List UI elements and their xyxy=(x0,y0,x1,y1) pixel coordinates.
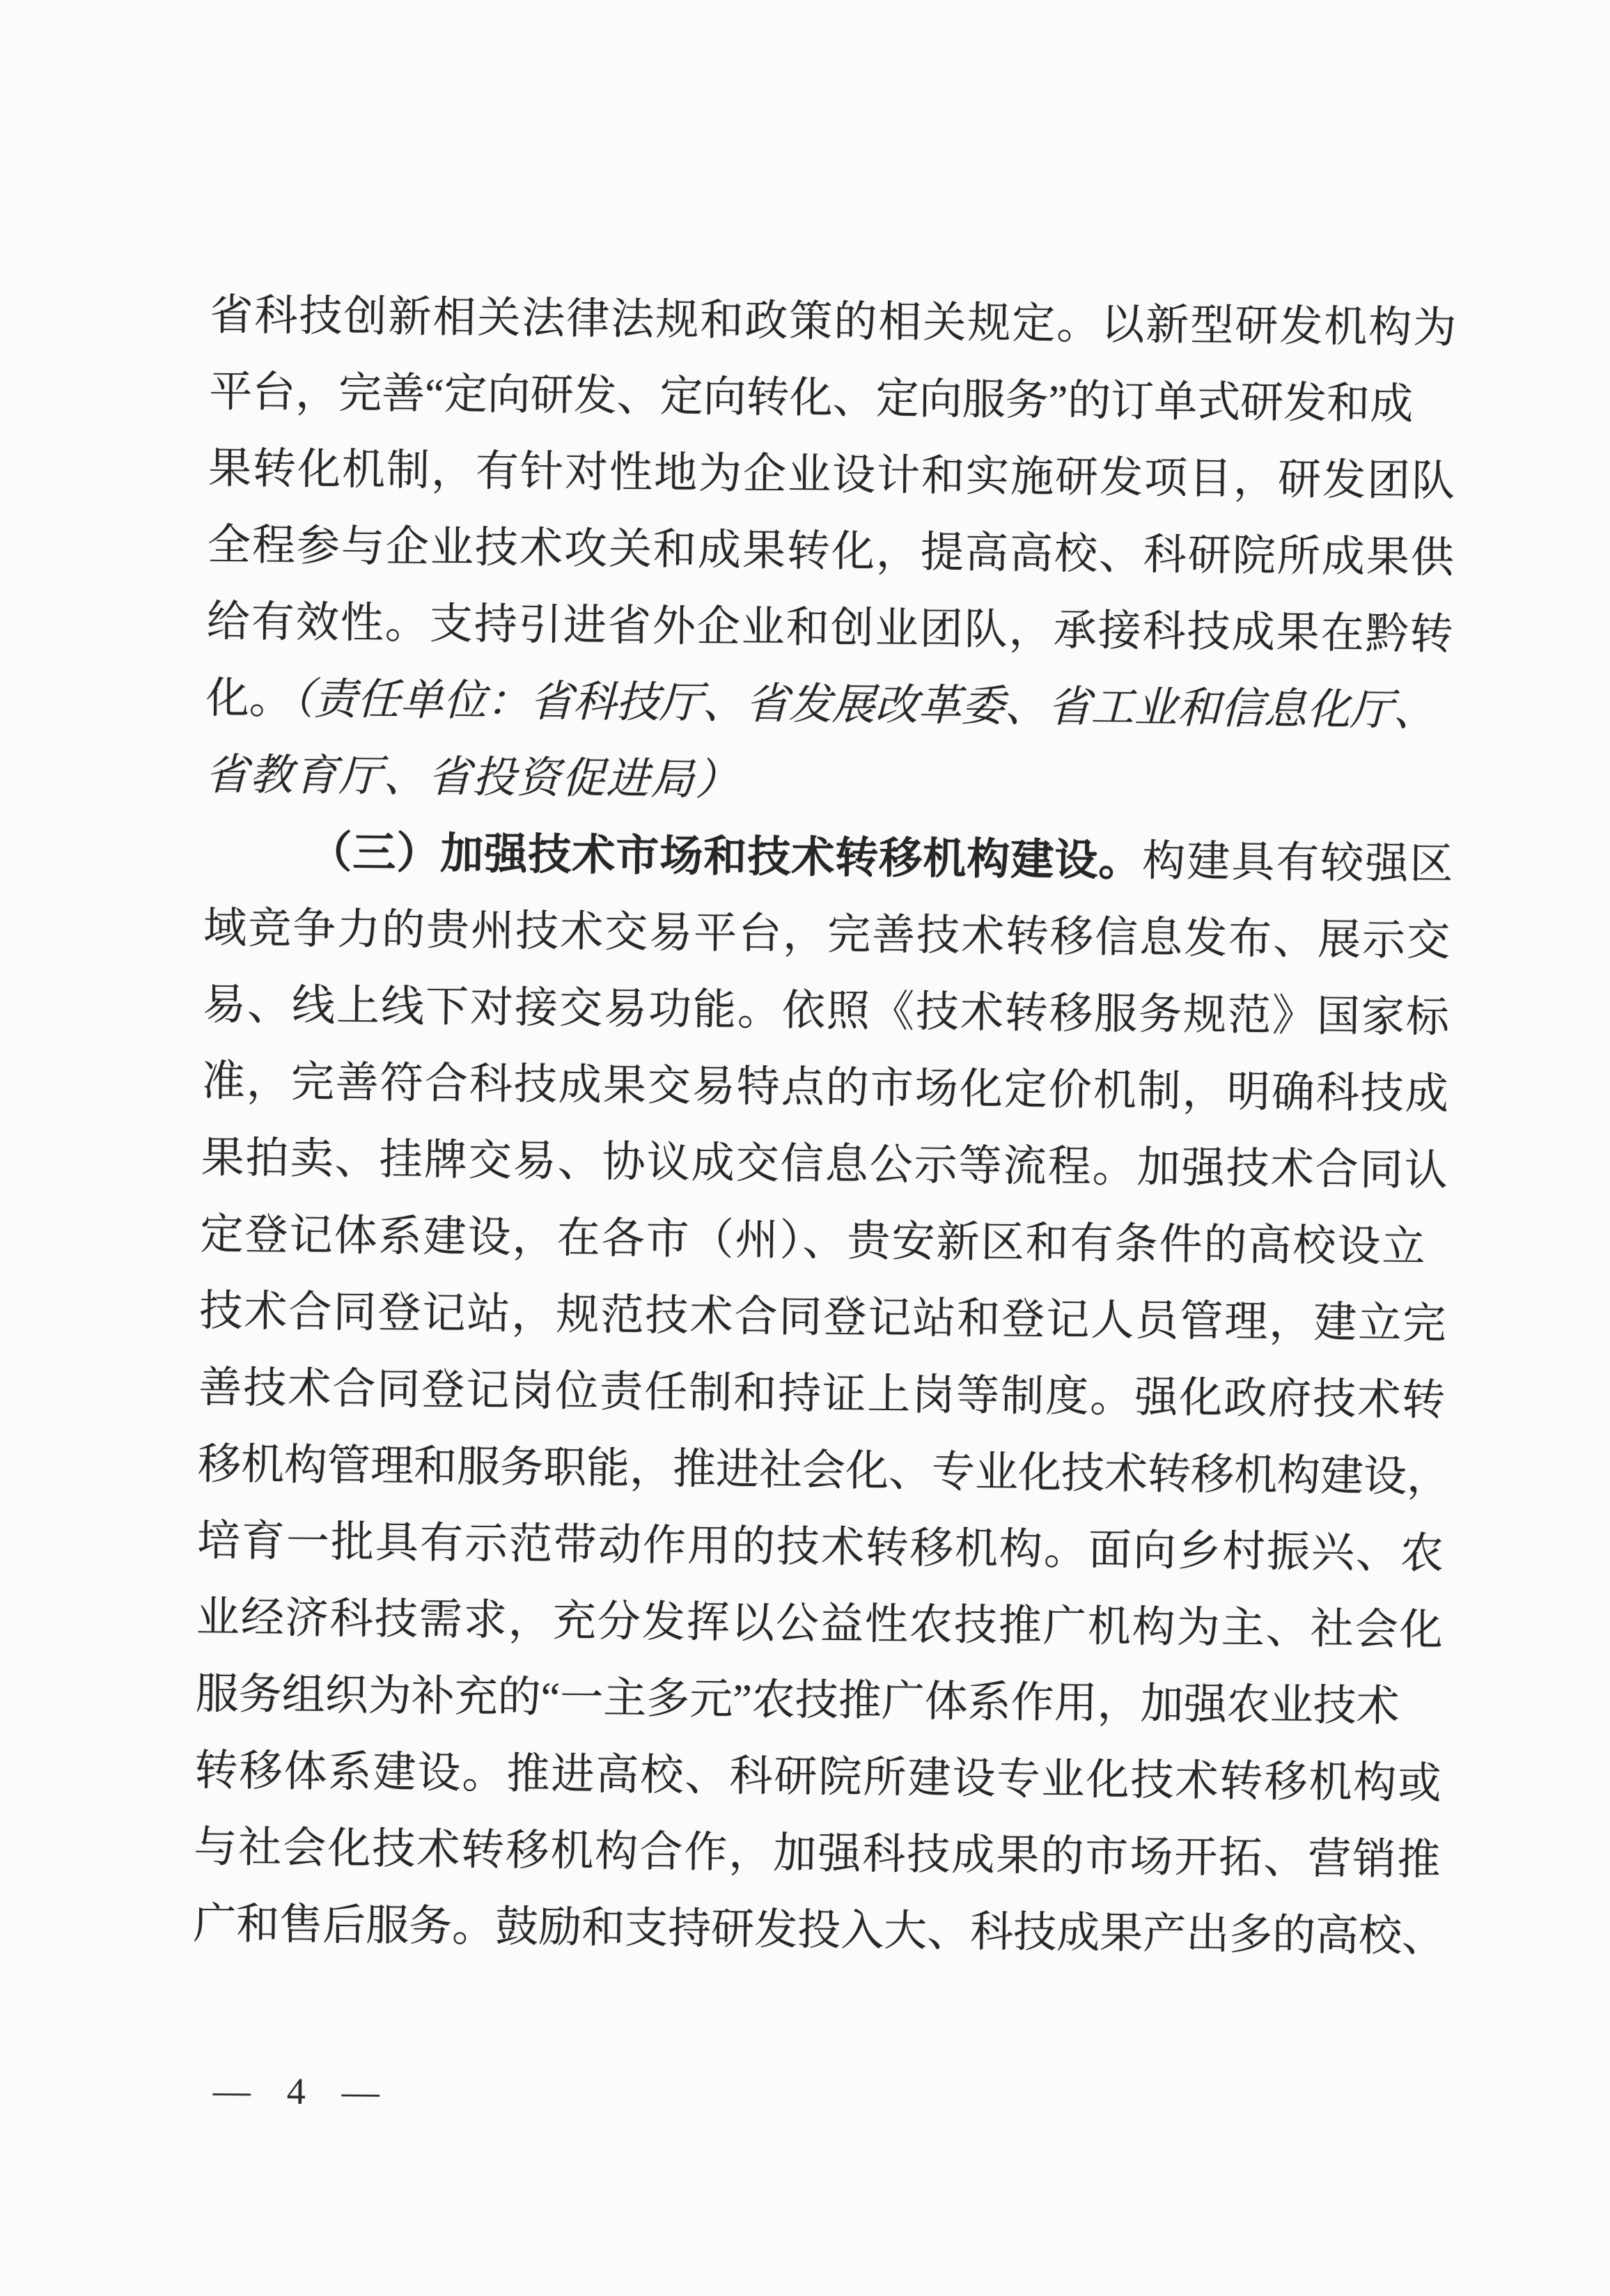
line-text: 构建具有较强区 xyxy=(1142,838,1455,889)
body-text: 省科技创新相关法律法规和政策的相关规定。以新型研发机构为 平台，完善“定向研发、… xyxy=(193,277,1457,1976)
responsible-units-text: 省教育厅、省投资促进局） xyxy=(205,751,740,804)
text-line: 转移体系建设。推进高校、科研院所建设专业化技术转移机构或 xyxy=(194,1733,1441,1822)
text-line: 广和售后服务。鼓励和支持研发投入大、科技成果产出多的高校、 xyxy=(193,1886,1440,1976)
line-text: 业经济科技需求，充分发挥以公益性农技推广机构为主、社会化 xyxy=(196,1594,1444,1655)
line-text: 与社会化技术转移机构合作，加强科技成果的市场开拓、营销推 xyxy=(194,1824,1442,1884)
text-line: 果转化机制，有针对性地为企业设计和实施研发项目，研发团队 xyxy=(208,430,1455,520)
line-text: 全程参与企业技术攻关和成果转化，提高高校、科研院所成果供 xyxy=(208,522,1456,582)
line-text: 技术合同登记站，规范技术合同登记站和登记人员管理，建立完 xyxy=(199,1288,1448,1348)
text-line: 业经济科技需求，充分发挥以公益性农技推广机构为主、社会化 xyxy=(196,1579,1443,1669)
text-line: 与社会化技术转移机构合作，加强科技成果的市场开拓、营销推 xyxy=(194,1809,1441,1899)
document-page: 省科技创新相关法律法规和政策的相关规定。以新型研发机构为 平台，完善“定向研发、… xyxy=(0,0,1610,2296)
text-line: 服务组织为补充的“一主多元”农技推广体系作用，加强农业技术 xyxy=(195,1656,1442,1746)
page-number: — 4 — xyxy=(213,2070,380,2113)
line-text: 省科技创新相关法律法规和政策的相关规定。以新型研发机构为 xyxy=(210,292,1458,352)
text-line: 技术合同登记站，规范技术合同登记站和登记人员管理，建立完 xyxy=(199,1273,1446,1363)
text-line: 果拍卖、挂牌交易、协议成交信息公示等流程。加强技术合同认 xyxy=(201,1120,1448,1210)
page-number-dash-left: — xyxy=(213,2070,251,2111)
text-line: 省科技创新相关法律法规和政策的相关规定。以新型研发机构为 xyxy=(210,277,1457,367)
line-text: 果拍卖、挂牌交易、协议成交信息公示等流程。加强技术合同认 xyxy=(201,1134,1449,1195)
text-line: 培育一批具有示范带动作用的技术转移机构。面向乡村振兴、农 xyxy=(196,1503,1444,1593)
text-line: 全程参与企业技术攻关和成果转化，提高高校、科研院所成果供 xyxy=(207,507,1454,597)
page-number-dash-right: — xyxy=(342,2070,380,2112)
line-text: 移机构管理和服务职能，推进社会化、专业化技术转移机构建设， xyxy=(198,1441,1451,1501)
line-text: 果转化机制，有针对性地为企业设计和实施研发项目，研发团队 xyxy=(208,445,1457,506)
text-line: 域竞争力的贵州技术交易平台，完善技术转移信息发布、展示交 xyxy=(203,890,1451,980)
text-line: 善技术合同登记岗位责任制和持证上岗等制度。强化政府技术转 xyxy=(198,1350,1446,1439)
line-text: 定登记体系建设，在各市（州）、贵安新区和有条件的高校设立 xyxy=(200,1211,1427,1271)
text-line: 省教育厅、省投资促进局） xyxy=(205,737,1452,827)
text-line: （三）加强技术市场和技术转移机构建设。构建具有较强区 xyxy=(204,813,1451,903)
text-line: 定登记体系建设，在各市（州）、贵安新区和有条件的高校设立 xyxy=(200,1196,1447,1286)
line-text: 服务组织为补充的“一主多元”农技推广体系作用，加强农业技术 xyxy=(195,1671,1400,1731)
line-text: 易、线上线下对接交易功能。依照《技术转移服务规范》国家标 xyxy=(203,981,1451,1042)
text-line: 平台，完善“定向研发、定向转化、定向服务”的订单式研发和成 xyxy=(209,354,1456,444)
text-line: 准，完善符合科技成果交易特点的市场化定价机制，明确科技成 xyxy=(201,1043,1448,1133)
line-text: 平台，完善“定向研发、定向转化、定向服务”的订单式研发和成 xyxy=(209,368,1414,428)
line-text: 准，完善符合科技成果交易特点的市场化定价机制，明确科技成 xyxy=(202,1058,1451,1118)
text-line: 化。（责任单位：省科技厅、省发展改革委、省工业和信息化厅、 xyxy=(205,660,1453,750)
responsible-units-text: （责任单位：省科技厅、省发展改革委、省工业和信息化厅、 xyxy=(292,675,1437,735)
page-number-value: 4 xyxy=(287,2070,306,2112)
line-text: 广和售后服务。鼓励和支持研发投入大、科技成果产出多的高校、 xyxy=(193,1900,1446,1961)
line-text: 域竞争力的贵州技术交易平台，完善技术转移信息发布、展示交 xyxy=(203,905,1452,965)
line-text: 化。 xyxy=(205,675,292,723)
text-line: 移机构管理和服务职能，推进社会化、专业化技术转移机构建设， xyxy=(198,1426,1445,1516)
text-line: 给有效性。支持引进省外企业和创业团队，承接科技成果在黔转 xyxy=(206,584,1453,673)
line-text: 培育一批具有示范带动作用的技术转移机构。面向乡村振兴、农 xyxy=(197,1517,1446,1578)
text-line: 易、线上线下对接交易功能。依照《技术转移服务规范》国家标 xyxy=(202,967,1449,1056)
section-heading: （三）加强技术市场和技术转移机构建设。 xyxy=(308,829,1143,886)
line-text: 转移体系建设。推进高校、科研院所建设专业化技术转移机构或 xyxy=(194,1747,1443,1808)
line-text: 给有效性。支持引进省外企业和创业团队，承接科技成果在黔转 xyxy=(206,598,1455,659)
line-text: 善技术合同登记岗位责任制和持证上岗等制度。强化政府技术转 xyxy=(198,1364,1447,1425)
